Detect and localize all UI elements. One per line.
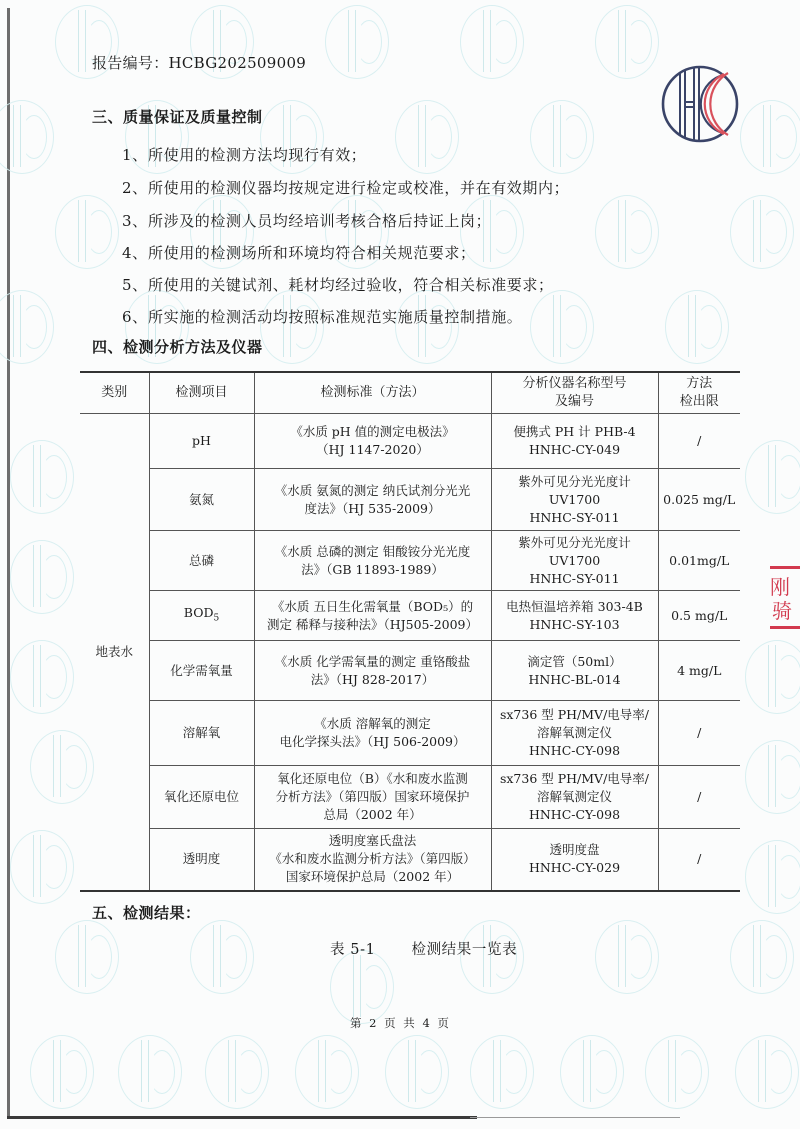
limit-cell: / bbox=[658, 414, 740, 469]
standard-cell: 《水质 溶解氧的测定 电化学探头法》（HJ 506-2009） bbox=[254, 701, 491, 766]
standard-cell: 《水质 总磷的测定 钼酸铵分光光度 法》（GB 11893-1989） bbox=[254, 531, 491, 591]
table-caption-title: 检测结果一览表 bbox=[411, 942, 517, 958]
standard-cell: 《水质 pH 值的测定电极法》 （HJ 1147-2020） bbox=[254, 414, 491, 469]
limit-cell: / bbox=[658, 829, 740, 891]
table-row: 氨氮 《水质 氨氮的测定 纳氏试剂分光光 度法》（HJ 535-2009） 紫外… bbox=[80, 469, 740, 531]
standard-cell: 《水质 化学需氧量的测定 重铬酸盐 法》（HJ 828-2017） bbox=[254, 641, 491, 701]
qc-item-1: 1、所使用的检测方法均现行有效； bbox=[122, 144, 366, 165]
item-cell: 溶解氧 bbox=[149, 701, 254, 766]
instrument-cell: sx736 型 PH/MV/电导率/ 溶解氧测定仪 HNHC-CY-098 bbox=[491, 701, 658, 766]
standard-cell: 透明度塞氏盘法 《水和废水监测分析方法》（第四版） 国家环境保护总局（2002 … bbox=[254, 829, 491, 891]
table-row: 化学需氧量 《水质 化学需氧量的测定 重铬酸盐 法》（HJ 828-2017） … bbox=[80, 641, 740, 701]
standard-cell: 《水质 五日生化需氧量（BOD₅）的 测定 稀释与接种法》（HJ505-2009… bbox=[254, 591, 491, 641]
report-number-label: 报告编号： bbox=[92, 54, 169, 72]
instrument-cell: 透明度盘 HNHC-CY-029 bbox=[491, 829, 658, 891]
standard-cell: 《水质 氨氮的测定 纳氏试剂分光光 度法》（HJ 535-2009） bbox=[254, 469, 491, 531]
table-row: 透明度 透明度塞氏盘法 《水和废水监测分析方法》（第四版） 国家环境保护总局（2… bbox=[80, 829, 740, 891]
qc-item-5: 5、所使用的关键试剂、耗材均经过验收，符合相关标准要求； bbox=[122, 274, 554, 295]
header-standard: 检测标准（方法） bbox=[254, 372, 491, 414]
table-row: 溶解氧 《水质 溶解氧的测定 电化学探头法》（HJ 506-2009） sx73… bbox=[80, 701, 740, 766]
header-item: 检测项目 bbox=[149, 372, 254, 414]
instrument-cell: 滴定管（50ml） HNHC-BL-014 bbox=[491, 641, 658, 701]
scan-edge-bottom bbox=[7, 1116, 477, 1119]
instrument-cell: 电热恒温培养箱 303-4B HNHC-SY-103 bbox=[491, 591, 658, 641]
section-5-title: 五、检测结果： bbox=[92, 902, 201, 923]
instrument-cell: 便携式 PH 计 PHB-4 HNHC-CY-049 bbox=[491, 414, 658, 469]
item-cell: BOD5 bbox=[149, 591, 254, 641]
company-logo-icon bbox=[658, 62, 742, 146]
qc-item-4: 4、所使用的检测场所和环境均符合相关规范要求； bbox=[122, 242, 476, 263]
scan-edge-left bbox=[7, 8, 10, 1118]
table-header-row: 类别 检测项目 检测标准（方法） 分析仪器名称型号 及编号 方法 检出限 bbox=[80, 372, 740, 414]
limit-cell: 4 mg/L bbox=[658, 641, 740, 701]
table-row: 氧化还原电位 氧化还原电位（B）《水和废水监测 分析方法》（第四版）国家环境保护… bbox=[80, 766, 740, 829]
limit-cell: 0.01mg/L bbox=[658, 531, 740, 591]
table-row: 地表水 pH 《水质 pH 值的测定电极法》 （HJ 1147-2020） 便携… bbox=[80, 414, 740, 469]
report-number: 报告编号：HCBG202509009 bbox=[92, 52, 306, 73]
header-category: 类别 bbox=[80, 372, 149, 414]
category-cell: 地表水 bbox=[80, 414, 149, 891]
item-cell: 总磷 bbox=[149, 531, 254, 591]
section-4-title: 四、检测分析方法及仪器 bbox=[92, 336, 263, 357]
svg-text:刚: 刚 bbox=[770, 575, 790, 599]
limit-cell: 0.025 mg/L bbox=[658, 469, 740, 531]
limit-cell: 0.5 mg/L bbox=[658, 591, 740, 641]
qc-item-2: 2、所使用的检测仪器均按规定进行检定或校准，并在有效期内； bbox=[122, 177, 569, 198]
section-3-title: 三、质量保证及质量控制 bbox=[92, 106, 263, 127]
item-cell: 透明度 bbox=[149, 829, 254, 891]
item-cell: 化学需氧量 bbox=[149, 641, 254, 701]
qc-item-3: 3、所涉及的检测人员均经培训考核合格后持证上岗； bbox=[122, 210, 491, 231]
item-cell: pH bbox=[149, 414, 254, 469]
item-cell: 氨氮 bbox=[149, 469, 254, 531]
instrument-cell: sx736 型 PH/MV/电导率/ 溶解氧测定仪 HNHC-CY-098 bbox=[491, 766, 658, 829]
scan-edge-bottom-light bbox=[470, 1117, 680, 1118]
svg-text:骑: 骑 bbox=[772, 599, 792, 623]
instrument-cell: 紫外可见分光光度计 UV1700 HNHC-SY-011 bbox=[491, 469, 658, 531]
report-number-value: HCBG202509009 bbox=[169, 54, 307, 72]
table-caption: 表 5-1检测结果一览表 bbox=[330, 938, 517, 959]
official-seal-fragment-icon: 刚 骑 bbox=[766, 560, 800, 636]
table-row: BOD5 《水质 五日生化需氧量（BOD₅）的 测定 稀释与接种法》（HJ505… bbox=[80, 591, 740, 641]
header-instrument: 分析仪器名称型号 及编号 bbox=[491, 372, 658, 414]
standard-cell: 氧化还原电位（B）《水和废水监测 分析方法》（第四版）国家环境保护 总局（200… bbox=[254, 766, 491, 829]
instrument-cell: 紫外可见分光光度计 UV1700 HNHC-SY-011 bbox=[491, 531, 658, 591]
qc-item-6: 6、所实施的检测活动均按照标准规范实施质量控制措施。 bbox=[122, 306, 522, 327]
methods-instruments-table: 类别 检测项目 检测标准（方法） 分析仪器名称型号 及编号 方法 检出限 地表水… bbox=[80, 371, 740, 892]
item-cell: 氧化还原电位 bbox=[149, 766, 254, 829]
table-caption-number: 表 5-1 bbox=[330, 942, 375, 958]
page-footer: 第 2 页 共 4 页 bbox=[350, 1015, 451, 1031]
limit-cell: / bbox=[658, 766, 740, 829]
table-row: 总磷 《水质 总磷的测定 钼酸铵分光光度 法》（GB 11893-1989） 紫… bbox=[80, 531, 740, 591]
limit-cell: / bbox=[658, 701, 740, 766]
header-detection-limit: 方法 检出限 bbox=[658, 372, 740, 414]
